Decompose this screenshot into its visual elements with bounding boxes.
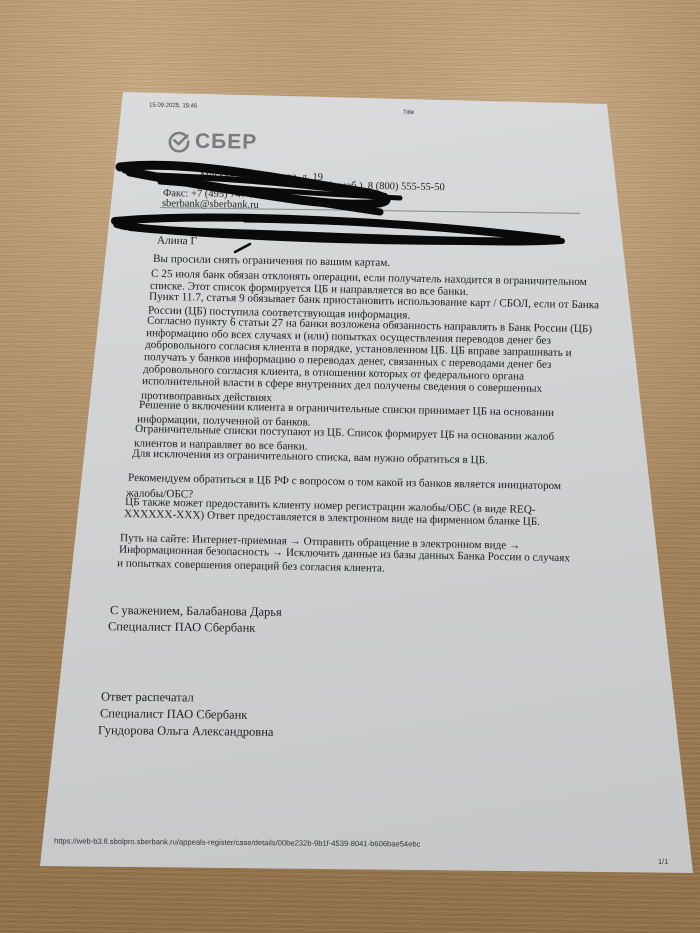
printed-by-line: Специалист ПАО Сбербанк <box>100 706 248 723</box>
signature-line: С уважением, Балабанова Дарья <box>110 603 282 620</box>
printed-by-line: Гундорова Ольга Александровна <box>98 723 274 740</box>
signature-line: Специалист ПАО Сбербанк <box>108 619 256 636</box>
redaction-scribble <box>0 0 700 933</box>
document: 15.09.2025, 15:46 Title СБЕР Москва, ул.… <box>0 0 700 933</box>
printed-by-line: Ответ распечатал <box>101 690 194 706</box>
print-footer-page: 1/1 <box>658 857 668 866</box>
